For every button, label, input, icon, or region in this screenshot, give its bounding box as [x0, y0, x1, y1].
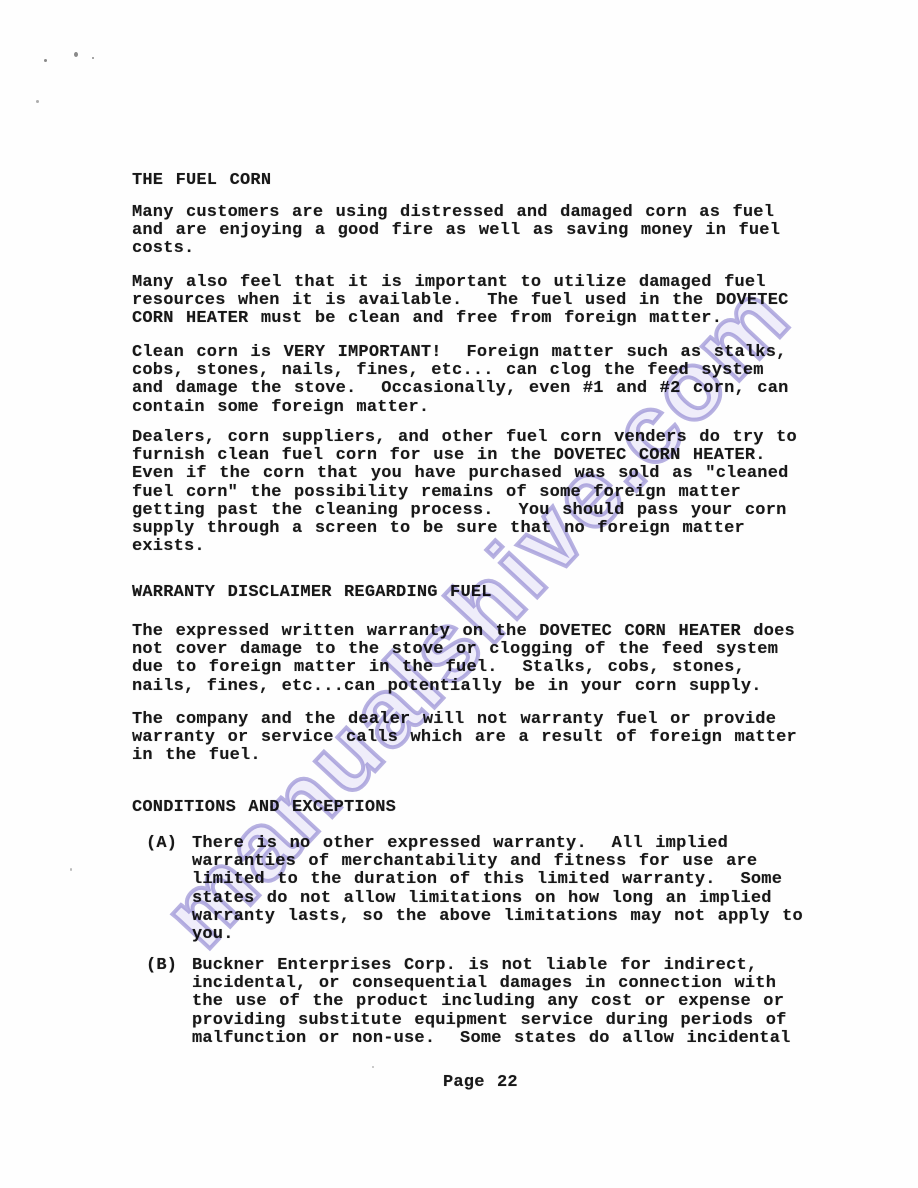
section-heading-fuel-corn: THE FUEL CORN [132, 172, 271, 190]
paragraph-clean-corn: Clean corn is VERY IMPORTANT! Foreign ma… [132, 344, 789, 417]
section-heading-warranty-disclaimer: WARRANTY DISCLAIMER REGARDING FUEL [132, 584, 492, 602]
list-item-b-marker: (B) [146, 957, 192, 1048]
paragraph-warranty: The expressed written warranty on the DO… [132, 623, 795, 696]
scanned-manual-page: THE FUEL CORN Many customers are using d… [0, 0, 918, 1188]
list-item-b: (B) Buckner Enterprises Corp. is not lia… [146, 957, 791, 1048]
scan-speck [92, 57, 94, 59]
paragraph-company: The company and the dealer will not warr… [132, 711, 797, 766]
paragraph-dealers: Dealers, corn suppliers, and other fuel … [132, 429, 797, 556]
paragraph-damaged-fuel: Many also feel that it is important to u… [132, 274, 789, 329]
section-heading-conditions: CONDITIONS AND EXCEPTIONS [132, 799, 396, 817]
scan-speck [74, 52, 78, 57]
list-item-a-text: There is no other expressed warranty. Al… [192, 835, 803, 944]
scan-speck [36, 100, 39, 103]
scan-speck [372, 1066, 374, 1068]
page-number: Page 22 [443, 1074, 518, 1092]
list-item-b-text: Buckner Enterprises Corp. is not liable … [192, 957, 791, 1048]
scan-speck [44, 59, 47, 62]
list-item-a-marker: (A) [146, 835, 192, 944]
paragraph-customers: Many customers are using distressed and … [132, 204, 780, 259]
scan-speck [70, 868, 72, 871]
list-item-a: (A) There is no other expressed warranty… [146, 835, 803, 944]
